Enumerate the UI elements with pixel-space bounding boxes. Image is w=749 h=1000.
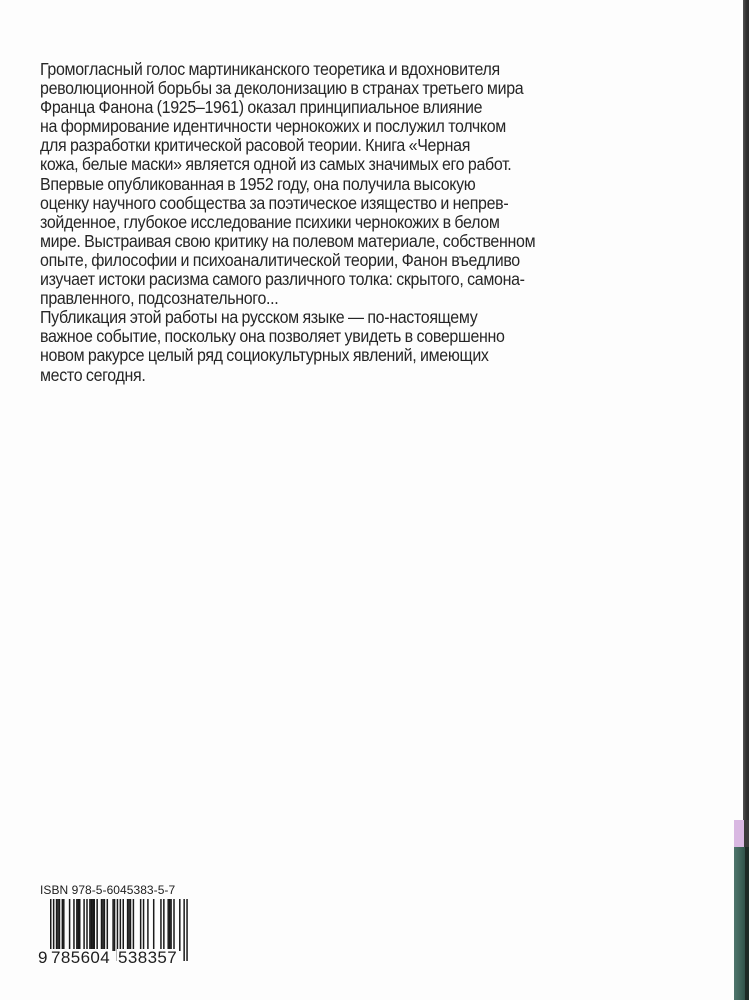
isbn-label: ISBN 978-5-6045383-5-7: [40, 884, 190, 897]
blurb-line: зойденное, глубокое исследование психики…: [40, 213, 635, 232]
blurb-line: важное событие, поскольку она позволяет …: [40, 327, 635, 346]
blurb-line: место сегодня.: [40, 366, 635, 385]
ean-first-digit: 9: [37, 949, 49, 967]
spine-edge-dark: [743, 0, 749, 820]
spine-edge-teal: [734, 847, 745, 1000]
blurb-line: оценку научного сообщества за поэтическо…: [40, 194, 635, 213]
spine-edge-teal-shadow: [745, 847, 749, 1000]
blurb-line: кожа, белые маски» является одной из сам…: [40, 155, 635, 174]
blurb-line: правленного, подсознательного...: [40, 289, 635, 308]
spine-edge-lilac-shadow: [744, 820, 749, 847]
blurb-line: революционной борьбы за деколонизацию в …: [40, 79, 635, 98]
blurb-line: Громогласный голос мартиниканского теоре…: [40, 60, 635, 79]
blurb-line: опыте, философии и психоаналитической те…: [40, 251, 635, 270]
blurb-line: Публикация этой работы на русском языке …: [40, 308, 635, 327]
blurb-line: изучает истоки расизма самого различного…: [40, 270, 635, 289]
spine-edge-lilac: [734, 820, 744, 847]
blurb-line: Впервые опубликованная в 1952 году, она …: [40, 175, 635, 194]
back-cover: Громогласный голос мартиниканского теоре…: [0, 0, 749, 1000]
ean-left-group: 785604: [50, 949, 111, 967]
blurb-line: для разработки критической расовой теори…: [40, 136, 635, 155]
isbn-block: ISBN 978-5-6045383-5-7 9 785604 538357: [40, 884, 190, 963]
blurb-line: мире. Выстраивая свою критику на полевом…: [40, 232, 635, 251]
blurb-line: Франца Фанона (1925–1961) оказал принцип…: [40, 98, 635, 117]
ean-right-group: 538357: [117, 949, 178, 967]
barcode: 9 785604 538357: [40, 899, 190, 963]
blurb-text: Громогласный голос мартиниканского теоре…: [40, 60, 635, 385]
blurb-line: новом ракурсе целый ряд социокультурных …: [40, 346, 635, 365]
blurb-line: на формирование идентичности чернокожих …: [40, 117, 635, 136]
